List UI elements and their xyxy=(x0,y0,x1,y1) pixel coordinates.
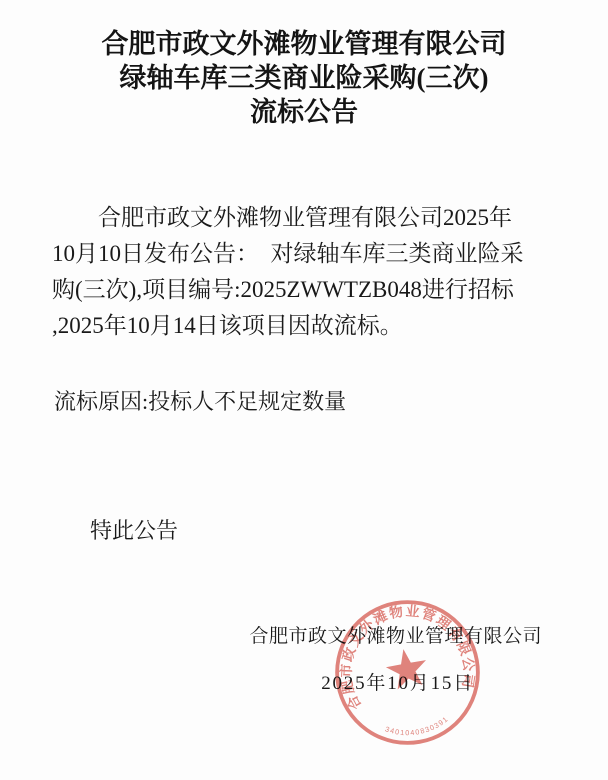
signature-company-name: 合肥市政文外滩物业管理有限公司 xyxy=(249,624,542,650)
closing-note: 特此公告 xyxy=(90,513,580,549)
signature-date: 2025年10月15日 xyxy=(249,671,474,697)
seal-arc-bottom-path xyxy=(376,713,458,741)
document-title: 合肥市政文外滩物业管理有限公司 绿轴车库三类商业险采购(三次) 流标公告 xyxy=(0,0,608,129)
announcement-document-page: 合肥市政文外滩物业管理有限公司 绿轴车库三类商业险采购(三次) 流标公告 合肥市… xyxy=(0,0,608,780)
title-line-company: 合肥市政文外滩物业管理有限公司 xyxy=(0,27,608,61)
seal-serial-number: 3401040830391 xyxy=(383,713,452,742)
title-line-notice-type: 流标公告 xyxy=(0,95,608,129)
paragraph-line: ,2025年10月14日该项目因故流标。 xyxy=(52,308,580,344)
title-line-project: 绿轴车库三类商业险采购(三次) xyxy=(0,61,608,95)
failure-reason-line: 流标原因:投标人不足规定数量 xyxy=(54,384,580,420)
seal-serial-textpath: 3401040830391 xyxy=(383,713,452,742)
paragraph-line: 合肥市政文外滩物业管理有限公司2025年 xyxy=(52,200,580,236)
signature-block: 合肥市政文外滩物业管理有限公司 2025年10月15日 xyxy=(249,624,542,697)
paragraph-line: 10月10日发布公告： 对绿轴车库三类商业险采 xyxy=(52,236,580,272)
document-body: 合肥市政文外滩物业管理有限公司2025年 10月10日发布公告： 对绿轴车库三类… xyxy=(52,200,580,549)
paragraph-line: 购(三次),项目编号:2025ZWWTZB048进行招标 xyxy=(52,272,580,308)
